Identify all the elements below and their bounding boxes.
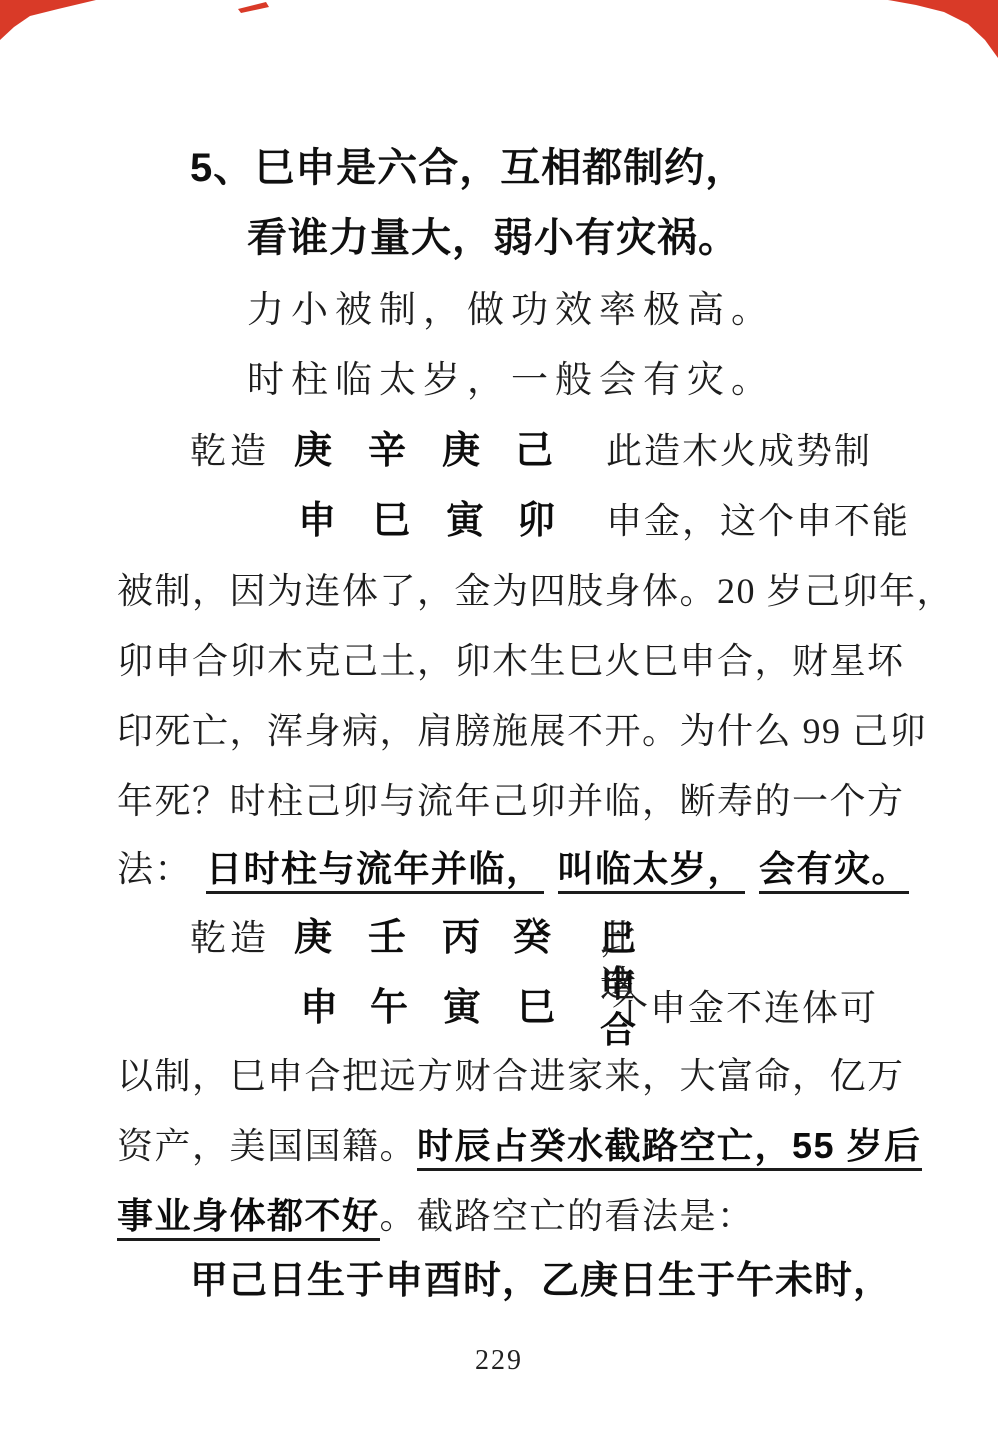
- case1-branch-year: 申: [298, 498, 336, 544]
- case2-stem-day: 丙: [442, 915, 480, 961]
- rule-line: 甲己日生于申酉时，乙庚日生于午未时，: [190, 1258, 892, 1304]
- case2-branch-day: 寅: [443, 985, 481, 1031]
- text-segment: 法：: [117, 849, 192, 889]
- case1-label: 乾造: [190, 428, 270, 474]
- text-segment: 会有灾。: [759, 848, 909, 894]
- case2-branch-comment: 个申金不连体可: [612, 985, 878, 1031]
- case2-label: 乾造: [190, 915, 270, 961]
- case2-paragraph-line: 资产，美国国籍。时辰占癸水截路空亡，55 岁后: [117, 1123, 922, 1169]
- text-segment: 事业身体都不好: [117, 1195, 380, 1241]
- case1-stem-hour: 己: [515, 428, 553, 474]
- text-segment: 叫临太岁，: [558, 848, 746, 894]
- scanned-book-page: 5、巳申是六合，互相都制约， 看谁力量大，弱小有灾祸。 力小被制，做功效率极高。…: [0, 0, 998, 1450]
- case2-branch-year: 申: [300, 985, 338, 1031]
- text-segment: 印死亡，浑身病，肩膀施展不开。为什么 99 己卯: [117, 711, 927, 751]
- intro-line-2: 时柱临太岁，一般会有灾。: [247, 358, 775, 404]
- case1-stems-row: 乾造 庚 辛 庚 己 此造木火成势制: [0, 428, 998, 498]
- case2-paragraph-line: 以制，巳申合把远方财合进家来，大富命，亿万: [117, 1053, 905, 1099]
- case1-branch-comment: 申金，这个申不能: [606, 498, 910, 544]
- case1-paragraph-line: 印死亡，浑身病，肩膀施展不开。为什么 99 己卯: [117, 708, 927, 754]
- case1-paragraph-line: 卯申合卯木克己土，卯木生巳火巳申合，财星坏: [117, 638, 905, 684]
- case1-stem-comment: 此造木火成势制: [606, 428, 872, 474]
- text-segment: 年死？时柱己卯与流年己卯并临，断寿的一个方: [117, 781, 905, 821]
- case1-paragraph-line: 被制，因为连体了，金为四肢身体。20 岁己卯年，: [117, 568, 954, 614]
- case1-paragraph-line: 法：日时柱与流年并临，叫临太岁，会有灾。: [117, 846, 909, 892]
- case2-branch-month: 午: [370, 985, 408, 1031]
- text-segment: 被制，因为连体了，金为四肢身体。20 岁己卯年，: [117, 571, 954, 611]
- text-segment: 。截路空亡的看法是：: [380, 1196, 755, 1236]
- intro-line-1: 力小被制，做功效率极高。: [247, 288, 775, 334]
- scan-artifact-top-left: [0, 0, 100, 42]
- case2-stem-month: 壬: [368, 915, 406, 961]
- case1-branches-row: 申 巳 寅 卯 申金，这个申不能: [0, 498, 998, 568]
- case2-branches-row: 申 午 寅 巳 个申金不连体可: [0, 985, 998, 1055]
- case2-branch-hour: 巳: [517, 985, 555, 1031]
- case1-paragraph-line: 年死？时柱己卯与流年己卯并临，断寿的一个方: [117, 778, 905, 824]
- case1-stem-year: 庚: [294, 428, 332, 474]
- scan-artifact-top-right: [888, 0, 998, 60]
- text-segment: 时辰占癸水截路空亡，55 岁后: [417, 1125, 922, 1171]
- case1-branch-month: 巳: [372, 498, 410, 544]
- case2-stem-hour: 癸: [513, 915, 551, 961]
- scan-artifact-top-dash: [238, 2, 270, 14]
- case2-stems-row: 乾造 庚 壬 丙 癸 此造巳申合，这: [0, 915, 998, 985]
- text-segment: 日时柱与流年并临，: [206, 848, 544, 894]
- text-segment: 卯申合卯木克己土，卯木生巳火巳申合，财星坏: [117, 641, 905, 681]
- case1-branch-hour: 卯: [517, 498, 555, 544]
- page-number: 229: [0, 1338, 998, 1384]
- case1-stem-month: 辛: [368, 428, 406, 474]
- case1-stem-day: 庚: [442, 428, 480, 474]
- section-heading-line-2: 看谁力量大，弱小有灾祸。: [247, 215, 739, 261]
- case2-stem-year: 庚: [294, 915, 332, 961]
- case1-branch-day: 寅: [446, 498, 484, 544]
- text-segment: 资产，美国国籍。: [117, 1126, 417, 1166]
- case2-paragraph-line: 事业身体都不好。截路空亡的看法是：: [117, 1193, 755, 1239]
- text-segment: 以制，巳申合把远方财合进家来，大富命，亿万: [117, 1056, 905, 1096]
- section-heading-line-1: 5、巳申是六合，互相都制约，: [190, 145, 746, 191]
